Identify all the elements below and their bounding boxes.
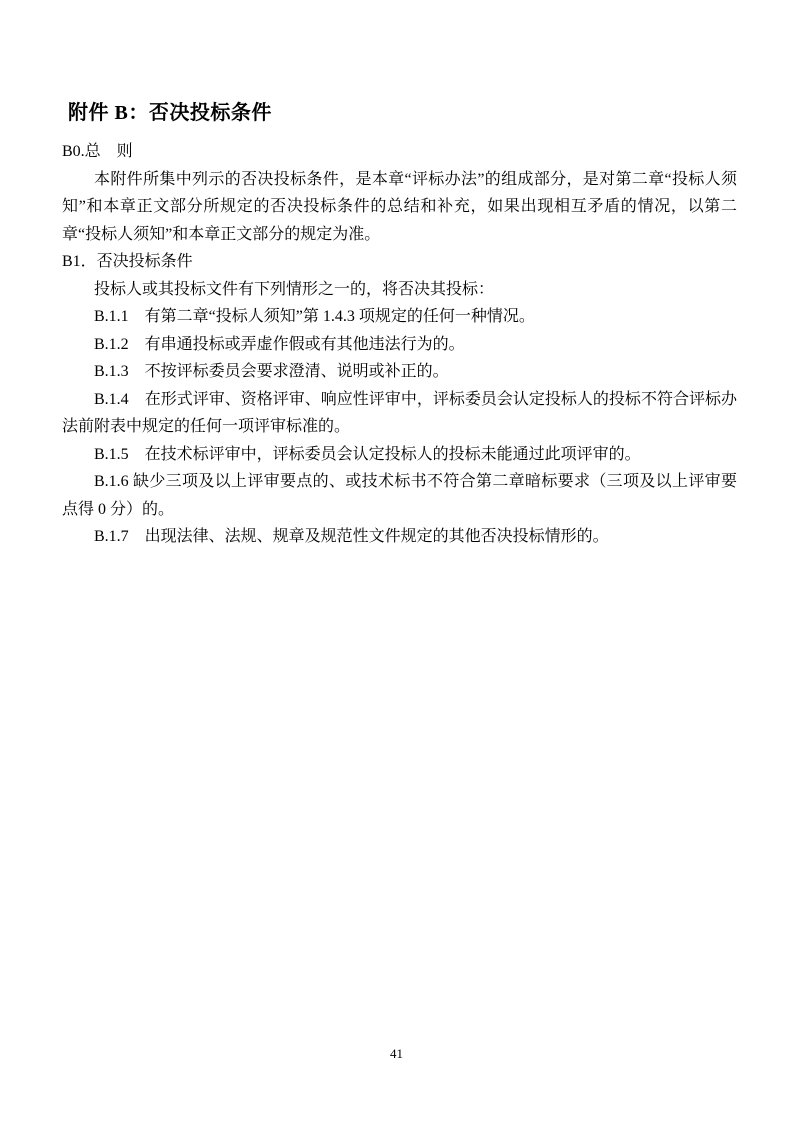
document-title: 附件 B：否决投标条件 [68, 100, 737, 126]
clause-b1-1: B.1.1 有第二章“投标人须知”第 1.4.3 项规定的任何一种情况。 [62, 303, 737, 331]
clause-b1-7: B.1.7 出现法律、法规、规章及规范性文件规定的其他否决投标情形的。 [62, 523, 737, 551]
section-b0-heading: B0.总 则 [62, 138, 737, 166]
clause-b1-4: B.1.4 在形式评审、资格评审、响应性评审中，评标委员会认定投标人的投标不符合… [62, 386, 737, 441]
clause-b1-5: B.1.5 在技术标评审中，评标委员会认定投标人的投标未能通过此项评审的。 [62, 441, 737, 469]
section-b0-body: 本附件所集中列示的否决投标条件，是本章“评标办法”的组成部分，是对第二章“投标人… [62, 166, 737, 249]
clause-b1-6: B.1.6 缺少三项及以上评审要点的、或技术标书不符合第二章暗标要求（三项及以上… [62, 468, 737, 523]
clause-b1-3: B.1.3 不按评标委员会要求澄清、说明或补正的。 [62, 358, 737, 386]
section-b1-heading: B1．否决投标条件 [62, 248, 737, 276]
section-b1-intro: 投标人或其投标文件有下列情形之一的，将否决其投标： [62, 276, 737, 304]
page-number: 41 [0, 1046, 793, 1062]
clause-b1-2: B.1.2 有串通投标或弄虚作假或有其他违法行为的。 [62, 331, 737, 359]
document-page: 附件 B：否决投标条件 B0.总 则 本附件所集中列示的否决投标条件，是本章“评… [0, 0, 793, 1122]
